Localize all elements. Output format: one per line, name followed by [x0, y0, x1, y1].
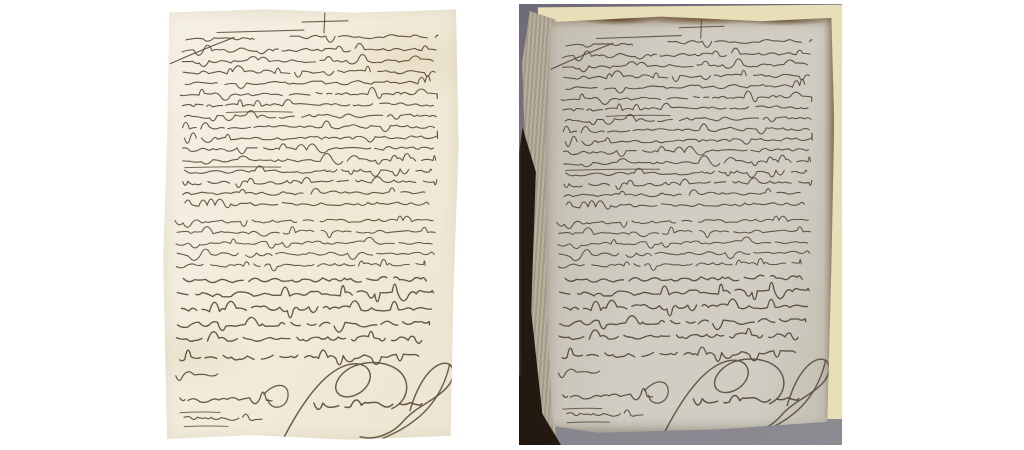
parchment-sheet — [162, 8, 460, 441]
handwriting-ink-left — [162, 8, 460, 441]
photographed-page — [545, 15, 834, 435]
manuscript-photo-right — [519, 4, 842, 445]
manuscript-scan-left — [163, 9, 459, 440]
handwriting-ink-right — [543, 13, 837, 436]
screenshot-canvas — [0, 0, 1024, 450]
